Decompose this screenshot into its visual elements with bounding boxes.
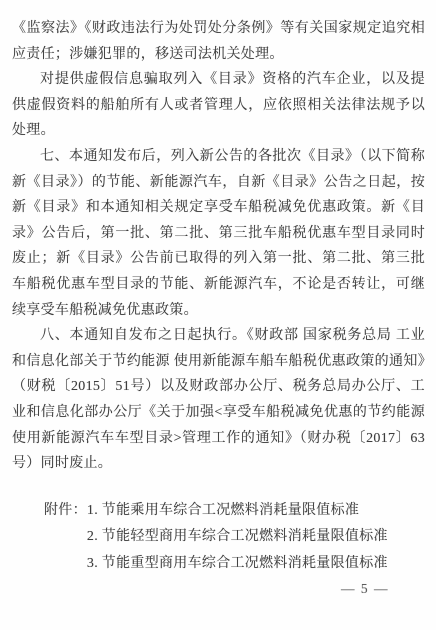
page-number: — 5 — [12, 581, 425, 597]
paragraph-item-eight: 八、本通知自发布之日起执行。《财政部 国家税务总局 工业和信息化部关于节约能源 … [12, 323, 425, 477]
attachment-items: 1. 节能乘用车综合工况燃料消耗量限值标准 2. 节能轻型商用车综合工况燃料消耗… [87, 498, 425, 578]
attachment-item-2: 2. 节能轻型商用车综合工况燃料消耗量限值标准 [87, 524, 425, 551]
attachment-item-3: 3. 节能重型商用车综合工况燃料消耗量限值标准 [87, 551, 425, 578]
attachment-label: 附件： [44, 498, 87, 578]
scanned-document-page: 《监察法》《财政违法行为处罚处分条例》等有关国家规定追究相应责任；涉嫌犯罪的，移… [0, 0, 436, 630]
attachment-list: 附件： 1. 节能乘用车综合工况燃料消耗量限值标准 2. 节能轻型商用车综合工况… [44, 498, 425, 578]
paragraph-item-seven: 七、本通知发布后，列入新公告的各批次《目录》（以下简称新《目录》）的节能、新能源… [12, 144, 425, 323]
attachment-item-1: 1. 节能乘用车综合工况燃料消耗量限值标准 [87, 498, 425, 525]
paragraph-fraud-handling: 对提供虚假信息骗取列入《目录》资格的汽车企业，以及提供虚假资料的船舶所有人或者管… [12, 67, 425, 144]
document-body: 《监察法》《财政违法行为处罚处分条例》等有关国家规定追究相应责任；涉嫌犯罪的，移… [0, 0, 436, 597]
paragraph-continuation-liability: 《监察法》《财政违法行为处罚处分条例》等有关国家规定追究相应责任；涉嫌犯罪的，移… [12, 16, 425, 67]
